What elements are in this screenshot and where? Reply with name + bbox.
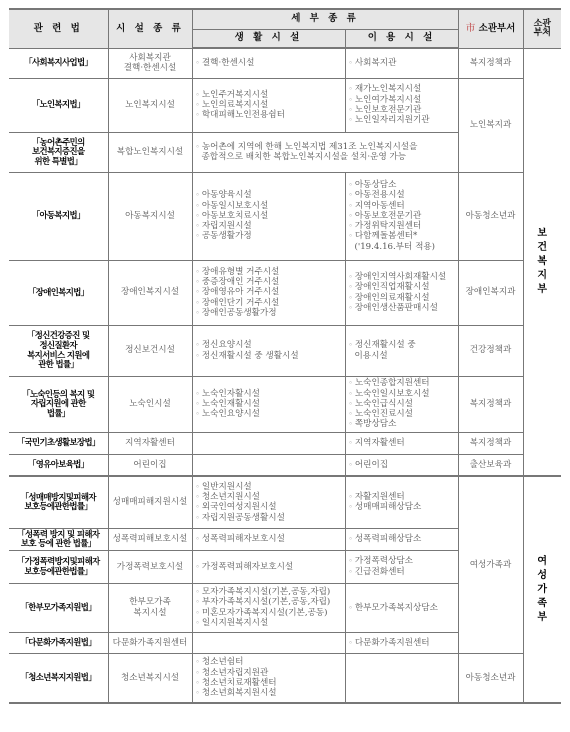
dept-cell: 출산보육과 <box>458 454 523 476</box>
use-cell: 한부모가족복지상담소 <box>345 583 458 632</box>
living-cell: 청소년쉼터청소년자립지원관청소년치료재활센터청소년회복지원시설 <box>192 653 345 703</box>
dept-cell: 아동청소년과 <box>458 653 523 703</box>
living-cell <box>192 454 345 476</box>
law-cell: 「다문화가족지원법」 <box>9 632 108 653</box>
combined-detail-cell: 농어촌에 지역에 한해 노인복지법 제31조 노인복지시설을종합적으로 배치한 … <box>192 132 458 172</box>
facility-cell: 장애인복지시설 <box>108 260 192 325</box>
city-mark: 市 <box>466 23 476 34</box>
living-cell: 가정폭력피해자보호시설 <box>192 550 345 583</box>
facility-cell: 노인복지시설 <box>108 78 192 132</box>
law-cell: 「아동복지법」 <box>9 172 108 260</box>
use-cell <box>345 653 458 703</box>
table-row: 「정신건강증진 및정신질환자복지서비스 지원에관한 법률」 정신보건시설 정신요… <box>9 325 561 376</box>
use-cell: 장애인지역사회재활시설장애인직업재활시설장애인의료재활시설장애인생산품판매시설 <box>345 260 458 325</box>
facility-cell: 어린이집 <box>108 454 192 476</box>
facility-cell: 한부모가족복지시설 <box>108 583 192 632</box>
use-cell: 지역자활센터 <box>345 432 458 454</box>
dept-cell: 건강정책과 <box>458 325 523 376</box>
use-cell: 성폭력피해상담소 <box>345 528 458 550</box>
use-cell: 아동상담소아동전용시설지역아동센터아동보호전문기관가정위탁지원센터다함께돌봄센터… <box>345 172 458 260</box>
header-detail-type: 세 부 종 류 <box>192 9 458 29</box>
living-cell: 모자가족복지시설(기본,공동,자립)부자가족복지시설(기본,공동,자립)미혼모자… <box>192 583 345 632</box>
law-cell: 「가정폭력방지및피해자보호등에관한법률」 <box>9 550 108 583</box>
header-city-dept: 市 소관부서 <box>458 9 523 48</box>
use-cell: 자활지원센터성매매피해상담소 <box>345 476 458 528</box>
table-row: 「성매매방지및피해자보호등에관한법률」 성매매피해지원시설 일반지원시설청소년지… <box>9 476 561 528</box>
facility-cell: 사회복지관결핵·한센시설 <box>108 48 192 78</box>
living-cell: 일반지원시설청소년지원시설외국인여성지원시설자립지원공동생활시설 <box>192 476 345 528</box>
header-facility-type: 시 설 종 류 <box>108 9 192 48</box>
dept-cell: 복지정책과 <box>458 376 523 432</box>
law-cell: 「농어촌주민의보건복지증진을위한 특별법」 <box>9 132 108 172</box>
dept-cell: 아동청소년과 <box>458 172 523 260</box>
ministry-gender-family: 여성가족부 <box>523 476 561 703</box>
header-law: 관 련 법 <box>9 9 108 48</box>
law-cell: 「영유아보육법」 <box>9 454 108 476</box>
facility-cell: 지역자활센터 <box>108 432 192 454</box>
living-cell: 정신요양시설정신재활시설 중 생활시설 <box>192 325 345 376</box>
use-cell: 노숙인종합지원센터노숙인일시보호시설노숙인급식시설노숙인진료시설쪽방상담소 <box>345 376 458 432</box>
use-cell: 정신재활시설 중이용시설 <box>345 325 458 376</box>
law-cell: 「성폭력 방지 및 피해자보호 등에 관한 법률」 <box>9 528 108 550</box>
dept-cell: 복지정책과 <box>458 432 523 454</box>
dept-cell: 노인복지과 <box>458 78 523 172</box>
facility-cell: 성폭력피해보호시설 <box>108 528 192 550</box>
facility-cell: 정신보건시설 <box>108 325 192 376</box>
facility-cell: 아동복지시설 <box>108 172 192 260</box>
law-cell: 「사회복지사업법」 <box>9 48 108 78</box>
dept-cell: 여성가족과 <box>458 476 523 653</box>
welfare-facility-table: 관 련 법 시 설 종 류 세 부 종 류 市 소관부서 소관부처 생 활 시 … <box>9 8 561 704</box>
table-row: 「장애인복지법」 장애인복지시설 장애유형별 거주시설중증장애인 거주시설장애영… <box>9 260 561 325</box>
header-use: 이 용 시 설 <box>345 29 458 48</box>
header-row-1: 관 련 법 시 설 종 류 세 부 종 류 市 소관부서 소관부처 <box>9 9 561 29</box>
facility-cell: 가정폭력보호시설 <box>108 550 192 583</box>
header-living: 생 활 시 설 <box>192 29 345 48</box>
living-cell: 결핵·한센시설 <box>192 48 345 78</box>
facility-cell: 노숙인시설 <box>108 376 192 432</box>
living-cell: 노숙인자활시설노숙인재활시설노숙인요양시설 <box>192 376 345 432</box>
living-cell: 성폭력피해자보호시설 <box>192 528 345 550</box>
header-ministry: 소관부처 <box>523 9 561 48</box>
use-cell: 재가노인복지시설노인여가복지시설노인보호전문기관노인일자리지원기관 <box>345 78 458 132</box>
living-cell: 노인주거복지시설노인의료복지시설학대피해노인전용쉼터 <box>192 78 345 132</box>
table-row: 「청소년복지지원법」 청소년복지시설 청소년쉼터청소년자립지원관청소년치료재활센… <box>9 653 561 703</box>
law-cell: 「노숙인등의 복지 및자립지원에 관한법률」 <box>9 376 108 432</box>
dept-cell: 복지정책과 <box>458 48 523 78</box>
living-cell: 아동양육시설아동일시보호시설아동보호치료시설자립지원시설공동생활가정 <box>192 172 345 260</box>
facility-cell: 복합노인복지시설 <box>108 132 192 172</box>
dept-cell: 장애인복지과 <box>458 260 523 325</box>
law-cell: 「장애인복지법」 <box>9 260 108 325</box>
table-row: 「아동복지법」 아동복지시설 아동양육시설아동일시보호시설아동보호치료시설자립지… <box>9 172 561 260</box>
law-cell: 「국민기초생활보장법」 <box>9 432 108 454</box>
table-row: 「노숙인등의 복지 및자립지원에 관한법률」 노숙인시설 노숙인자활시설노숙인재… <box>9 376 561 432</box>
law-cell: 「정신건강증진 및정신질환자복지서비스 지원에관한 법률」 <box>9 325 108 376</box>
table-row: 「영유아보육법」 어린이집 어린이집 출산보육과 <box>9 454 561 476</box>
law-cell: 「한부모가족지원법」 <box>9 583 108 632</box>
table-row: 「노인복지법」 노인복지시설 노인주거복지시설노인의료복지시설학대피해노인전용쉼… <box>9 78 561 132</box>
use-cell: 어린이집 <box>345 454 458 476</box>
living-cell: 장애유형별 거주시설중증장애인 거주시설장애영유아 거주시설장애인단기 거주시설… <box>192 260 345 325</box>
living-cell <box>192 432 345 454</box>
use-cell: 다문화가족지원센터 <box>345 632 458 653</box>
law-cell: 「노인복지법」 <box>9 78 108 132</box>
use-cell: 사회복지관 <box>345 48 458 78</box>
living-cell <box>192 632 345 653</box>
table-row: 「국민기초생활보장법」 지역자활센터 지역자활센터 복지정책과 <box>9 432 561 454</box>
ministry-health-welfare: 보건복지부 <box>523 48 561 476</box>
law-cell: 「성매매방지및피해자보호등에관한법률」 <box>9 476 108 528</box>
facility-cell: 청소년복지시설 <box>108 653 192 703</box>
table-row: 「사회복지사업법」 사회복지관결핵·한센시설 결핵·한센시설 사회복지관 복지정… <box>9 48 561 78</box>
facility-cell: 성매매피해지원시설 <box>108 476 192 528</box>
law-cell: 「청소년복지지원법」 <box>9 653 108 703</box>
facility-cell: 다문화가족지원센터 <box>108 632 192 653</box>
use-cell: 가정폭력상담소긴급전화센터 <box>345 550 458 583</box>
